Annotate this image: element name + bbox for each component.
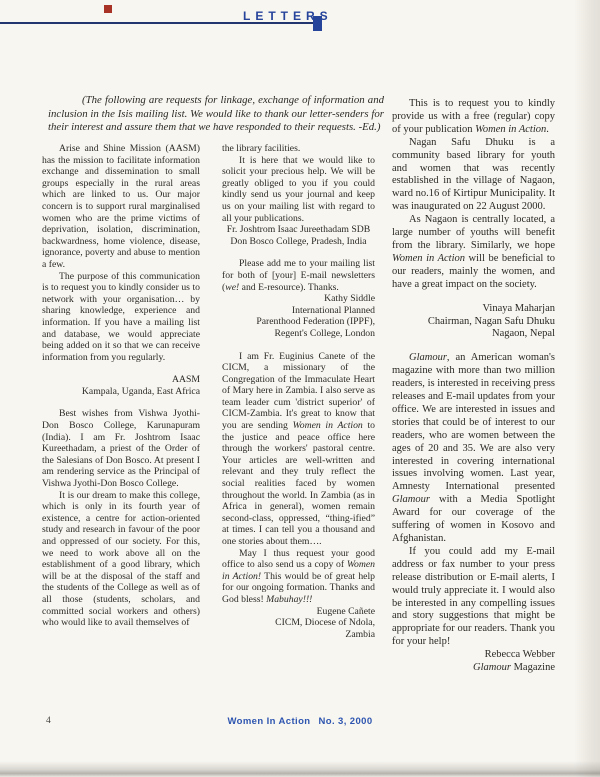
editors-note: (The following are requests for linkage,… <box>48 94 384 135</box>
header-end-square-icon <box>313 16 322 31</box>
footer-journal-line: Women In ActionNo. 3, 2000 <box>0 716 600 727</box>
italic-text-segment: Women in Action <box>475 124 546 135</box>
text-segment: . <box>546 124 549 135</box>
text-segment: Zambia <box>345 629 375 640</box>
text-segment: The purpose of this communication is to … <box>42 271 200 363</box>
text-segment: CICM, Diocese of Ndola, <box>275 617 375 628</box>
text-segment: Magazine <box>511 662 555 673</box>
italic-text-segment: Glamour <box>409 352 447 363</box>
text-segment: Don Bosco College, Pradesh, India <box>230 236 366 247</box>
letter-paragraph: It is here that we would like to solicit… <box>222 155 375 225</box>
signature-line: Kathy Siddle <box>222 293 375 305</box>
text-segment: Nagaon, Nepal <box>492 328 555 339</box>
letter-paragraph: Glamour, an American woman's magazine wi… <box>392 352 555 546</box>
letter-paragraph: If you could add my E-mail address or fa… <box>392 546 555 649</box>
signature-line: Eugene Cañete <box>222 606 375 618</box>
letter-paragraph: Arise and Shine Mission (AASM) has the m… <box>42 143 200 271</box>
signature-line: Parenthood Federation (IPPF), <box>222 316 375 328</box>
italic-text-segment: Glamour <box>473 662 511 673</box>
page-right-edge-shadow <box>574 0 600 777</box>
signature-line: Kampala, Uganda, East Africa <box>42 386 200 398</box>
magazine-letters-page: LETTERS (The following are requests for … <box>0 0 600 777</box>
letters-column-3: This is to request you to kindly provide… <box>392 98 555 675</box>
letter-paragraph: This is to request you to kindly provide… <box>392 98 555 137</box>
italic-text-segment: Mabuhay!!! <box>266 594 312 605</box>
signature-line: International Planned <box>222 305 375 317</box>
text-segment: Eugene Cañete <box>317 606 375 617</box>
text-segment: and E-resource). Thanks. <box>239 282 339 293</box>
text-segment: Best wishes from Vishwa Jyothi-Don Bosco… <box>42 408 200 489</box>
letter-paragraph: I am Fr. Euginius Canete of the CICM, a … <box>222 351 375 548</box>
footer-journal-title: Women In Action <box>227 716 310 727</box>
text-segment: Chairman, Nagan Safu Dhuku <box>428 316 555 327</box>
signature-line: Chairman, Nagan Safu Dhuku <box>392 316 555 329</box>
text-segment: Fr. Joshtrom Isaac Jureethadam SDB <box>227 224 370 235</box>
letter-paragraph: It is our dream to make this college, wh… <box>42 490 200 629</box>
text-segment: If you could add my E-mail address or fa… <box>392 546 555 647</box>
letters-column-1: Arise and Shine Mission (AASM) has the m… <box>42 143 200 629</box>
signature-line: Nagaon, Nepal <box>392 328 555 341</box>
signature-line: Rebecca Webber <box>392 649 555 662</box>
text-segment: Kathy Siddle <box>324 293 375 304</box>
text-segment: I am Fr. Euginius Canete of the CICM, a … <box>222 351 375 432</box>
italic-text-segment: Glamour <box>392 494 430 505</box>
text-segment: Parenthood Federation (IPPF), <box>256 316 375 327</box>
text-segment: International Planned <box>292 305 375 316</box>
letter-paragraph: The purpose of this communication is to … <box>42 271 200 364</box>
letter-paragraph: As Nagaon is centrally located, a large … <box>392 214 555 291</box>
text-segment: As Nagaon is centrally located, a large … <box>392 214 555 251</box>
text-segment: , an American woman's magazine with more… <box>392 352 555 492</box>
italic-text-segment: Women in Action <box>293 420 363 431</box>
text-segment: Arise and Shine Mission (AASM) has the m… <box>42 143 200 270</box>
signature-line: Vinaya Maharjan <box>392 303 555 316</box>
text-segment: to the justice and peace office here thr… <box>222 420 375 547</box>
signature-line: Zambia <box>222 629 375 641</box>
letter-paragraph: May I thus request your good office to a… <box>222 548 375 606</box>
italic-text-segment: we! <box>225 282 239 293</box>
text-segment: AASM <box>172 374 200 385</box>
text-segment: Kampala, Uganda, East Africa <box>82 386 200 397</box>
letter-paragraph: Please add me to your mailing list for b… <box>222 258 375 293</box>
italic-text-segment: Women in Action <box>392 253 465 264</box>
letters-column-2: the library facilities.It is here that w… <box>222 143 375 640</box>
red-square-icon <box>104 5 112 13</box>
letter-paragraph: Nagan Safu Dhuku is a community based li… <box>392 137 555 214</box>
text-segment: Vinaya Maharjan <box>482 303 555 314</box>
text-segment: Rebecca Webber <box>485 649 555 660</box>
signature-line: Don Bosco College, Pradesh, India <box>222 236 375 248</box>
signature-line: Regent's College, London <box>222 328 375 340</box>
letter-paragraph: Best wishes from Vishwa Jyothi-Don Bosco… <box>42 408 200 489</box>
text-segment: It is here that we would like to solicit… <box>222 155 375 224</box>
page-bottom-edge-shadow <box>0 761 600 777</box>
text-segment: (The following are requests for linkage,… <box>48 94 384 133</box>
text-segment: It is our dream to make this college, wh… <box>42 490 200 629</box>
footer-issue-label: No. 3, 2000 <box>319 716 373 727</box>
text-segment: the library facilities. <box>222 143 300 154</box>
text-segment: Regent's College, London <box>275 328 376 339</box>
text-segment: Nagan Safu Dhuku is a community based li… <box>392 137 555 213</box>
signature-line: AASM <box>42 374 200 386</box>
signature-line: CICM, Diocese of Ndola, <box>222 617 375 629</box>
letter-paragraph: the library facilities. <box>222 143 375 155</box>
signature-line: Glamour Magazine <box>392 662 555 675</box>
signature-line: Fr. Joshtrom Isaac Jureethadam SDB <box>222 224 375 236</box>
